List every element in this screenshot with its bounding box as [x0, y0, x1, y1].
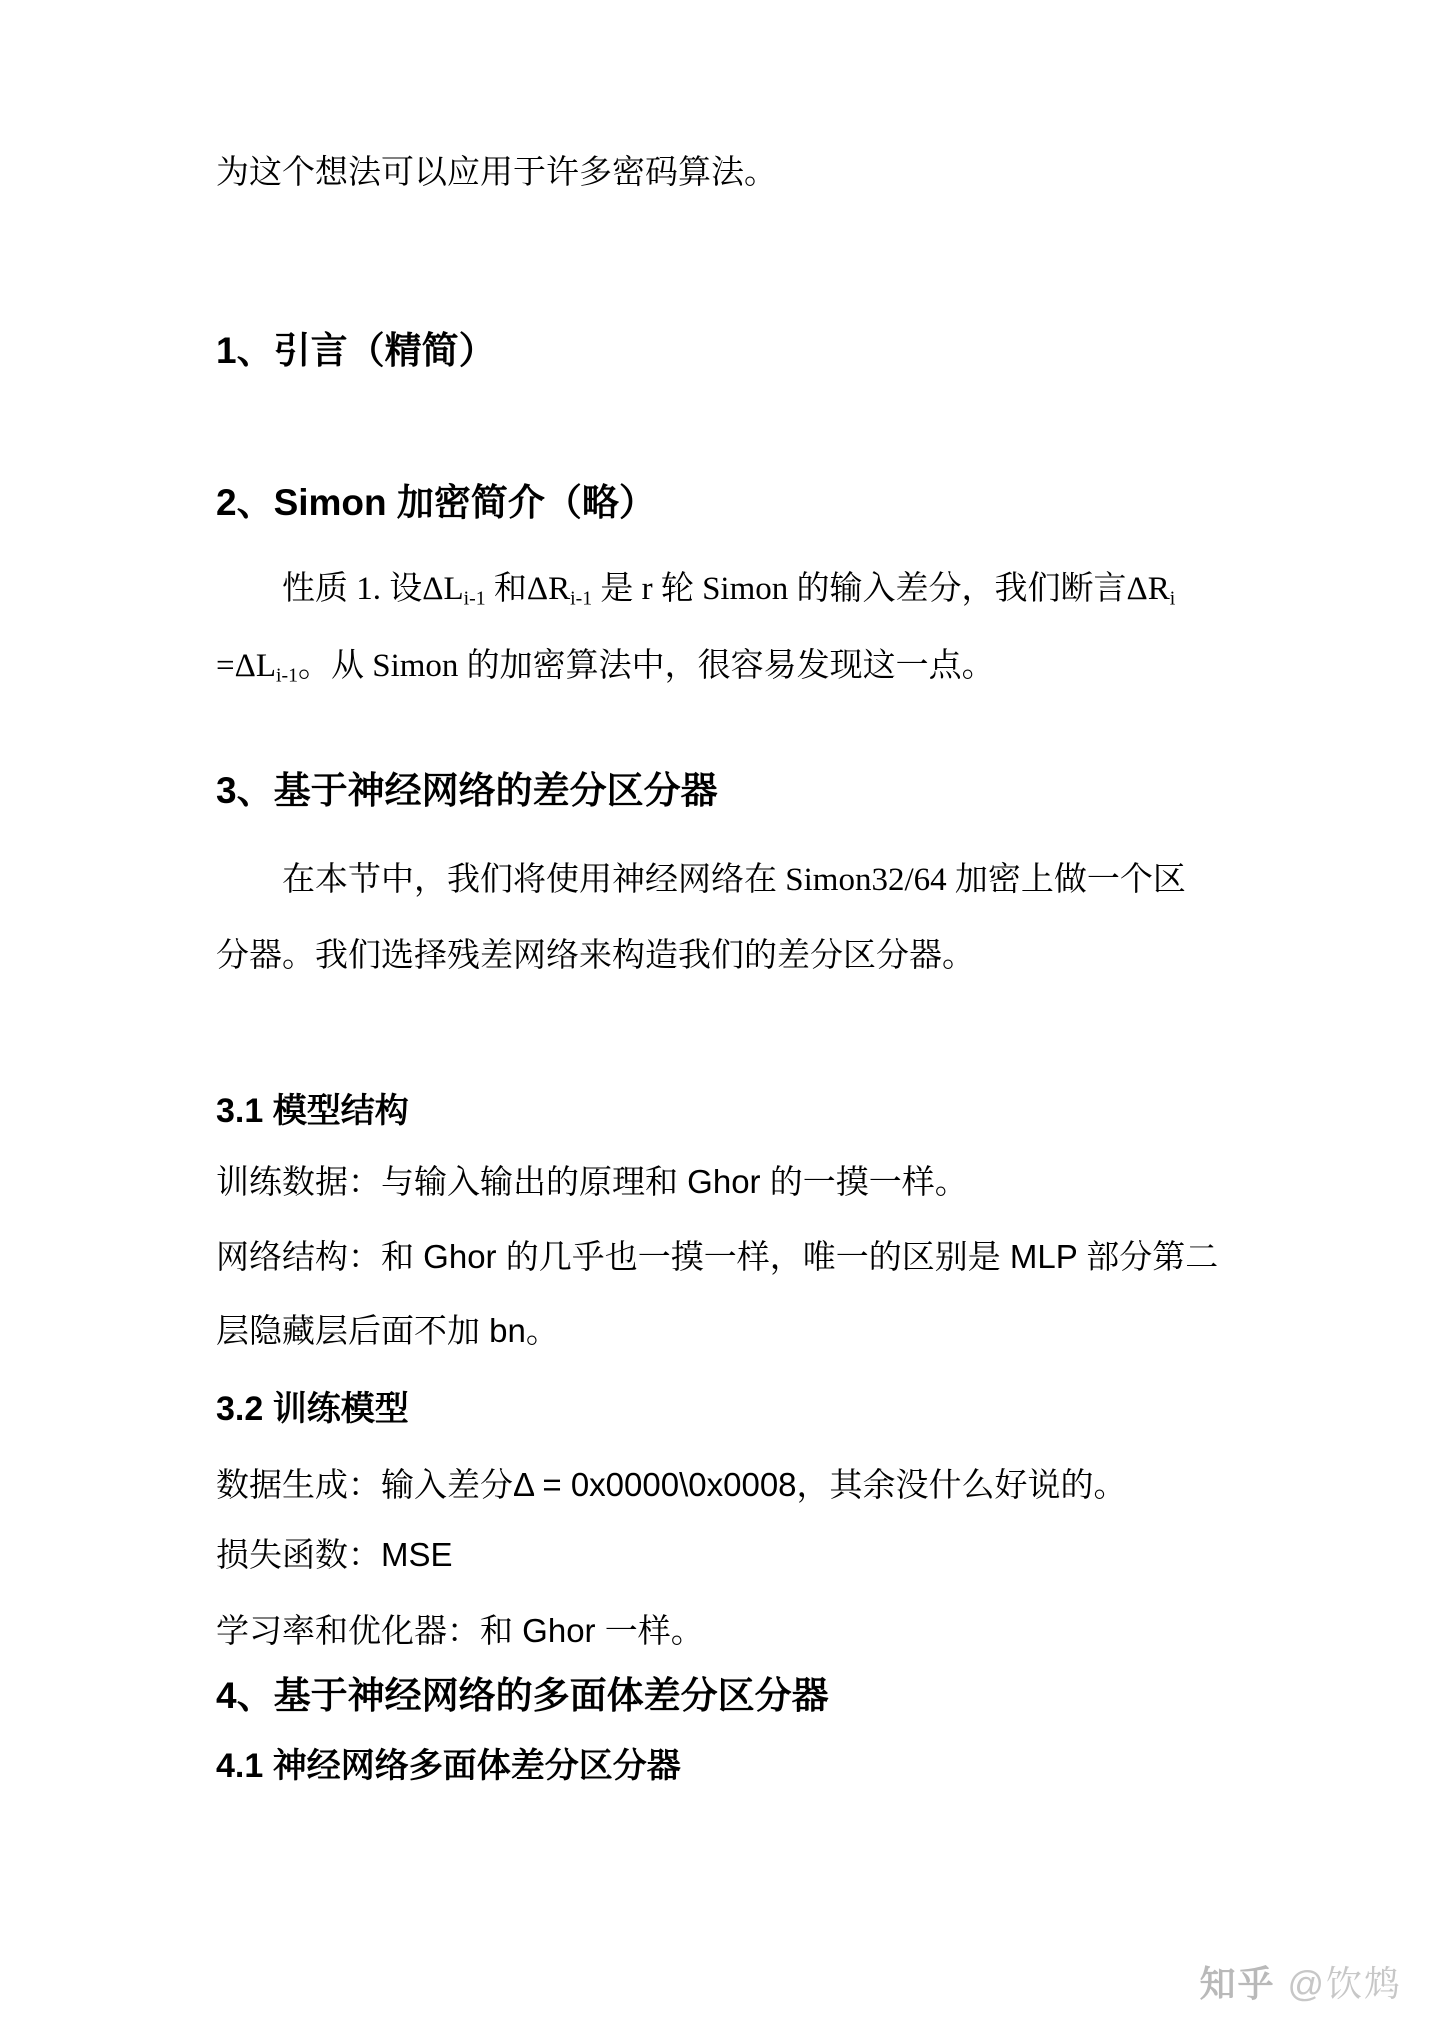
property-1-line-1: 性质 1. 设ΔLi-1 和ΔRi-1 是 r 轮 Simon 的输入差分，我们…: [282, 571, 1175, 610]
heading-3-1-model-structure: 3.1 模型结构: [216, 1092, 409, 1131]
heading-1-introduction: 1、引言（精简）: [216, 330, 496, 373]
train-lr-optimizer-line: 学习率和优化器：和 Ghor 一样。: [216, 1612, 704, 1650]
heading-4-1-nn-polytope-distinguisher: 4.1 神经网络多面体差分区分器: [216, 1747, 681, 1786]
zhihu-watermark-site: 知乎: [1199, 1963, 1287, 2004]
section-3-paragraph-line-1: 在本节中，我们将使用神经网络在 Simon32/64 加密上做一个区: [282, 862, 1186, 900]
heading-4-polytope-distinguisher: 4、基于神经网络的多面体差分区分器: [216, 1675, 829, 1718]
document-page: 为这个想法可以应用于许多密码算法。 1、引言（精简） 2、Simon 加密简介（…: [0, 0, 1440, 2037]
train-loss-function-line: 损失函数：MSE: [216, 1536, 453, 1574]
train-data-generation-line: 数据生成：输入差分Δ = 0x0000\0x0008，其余没什么好说的。: [216, 1466, 1127, 1504]
heading-3-2-training-model: 3.2 训练模型: [216, 1390, 409, 1429]
zhihu-watermark: 知乎 @饮鸩: [1199, 1956, 1402, 2007]
model-network-structure-line-2: 层隐藏层后面不加 bn。: [216, 1312, 559, 1350]
model-training-data-line: 训练数据：与输入输出的原理和 Ghor 的一摸一样。: [216, 1163, 968, 1201]
model-network-structure-line-1: 网络结构：和 Ghor 的几乎也一摸一样，唯一的区别是 MLP 部分第二: [216, 1238, 1218, 1276]
section-3-paragraph-line-2: 分器。我们选择残差网络来构造我们的差分区分器。: [216, 938, 975, 976]
heading-3-nn-distinguisher: 3、基于神经网络的差分区分器: [216, 770, 718, 813]
property-1-line-2: =ΔLi-1。从 Simon 的加密算法中，很容易发现这一点。: [216, 648, 995, 687]
intro-line: 为这个想法可以应用于许多密码算法。: [216, 155, 777, 193]
zhihu-watermark-handle: @饮鸩: [1287, 1963, 1402, 2004]
heading-2-simon-overview: 2、Simon 加密简介（略）: [216, 482, 656, 525]
